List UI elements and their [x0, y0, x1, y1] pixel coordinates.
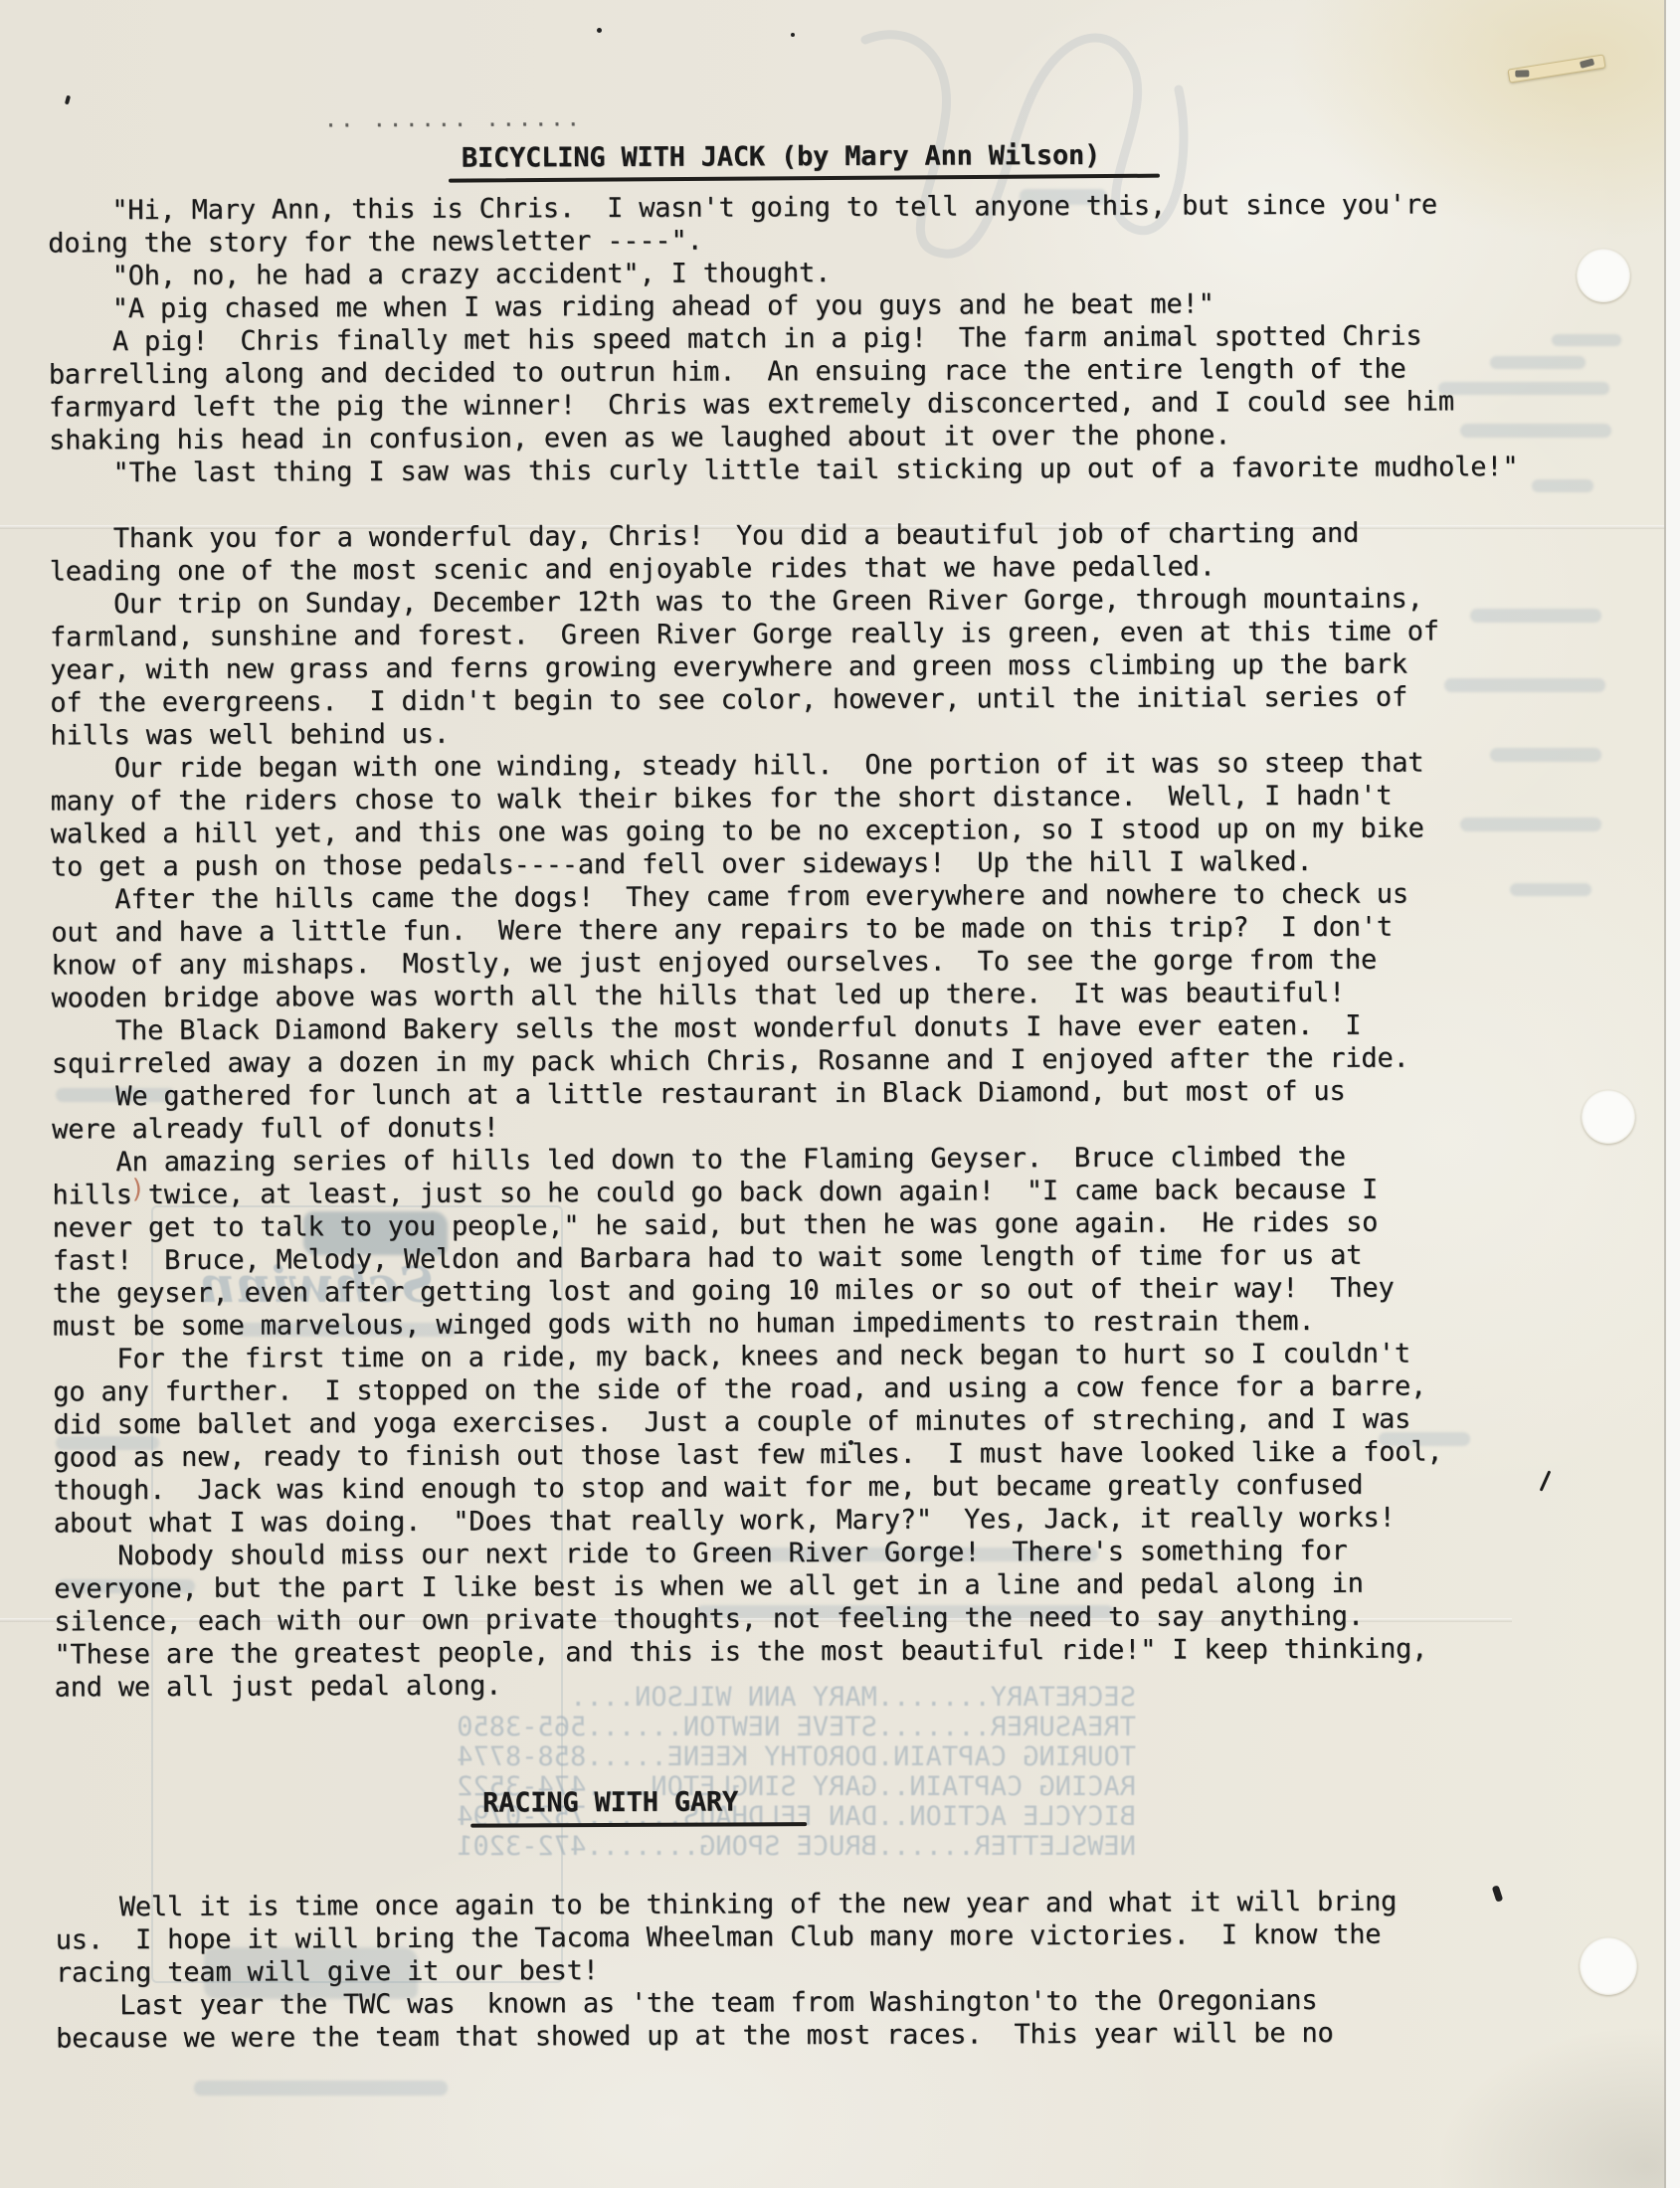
- punch-hole-bottom: [1580, 1937, 1637, 1995]
- ink-speck: [848, 1440, 853, 1445]
- scanned-newsletter-page: SECRETARY.......MARY ANN WILSON.... TREA…: [0, 0, 1680, 2188]
- stray-pen-mark: ): [129, 1175, 145, 1204]
- scan-edge-strip: [1664, 0, 1680, 2188]
- article-body-bicycling: "Hi, Mary Ann, this is Chris. I wasn't g…: [48, 188, 1524, 1704]
- title-underline: [449, 174, 1160, 183]
- ink-speck: [597, 28, 602, 33]
- article-body-racing: Well it is time once again to be thinkin…: [55, 1886, 1397, 2056]
- article-title: BICYCLING WITH JACK (by Mary Ann Wilson): [462, 139, 1100, 175]
- racing-title-underline: [470, 1822, 807, 1827]
- punch-hole-top: [1577, 249, 1630, 302]
- ink-speck: [791, 33, 795, 37]
- typewriter-stray-dots: .. ...... ......: [324, 106, 583, 132]
- section-title-racing: RACING WITH GARY: [482, 1785, 738, 1819]
- punch-hole-middle: [1582, 1090, 1635, 1144]
